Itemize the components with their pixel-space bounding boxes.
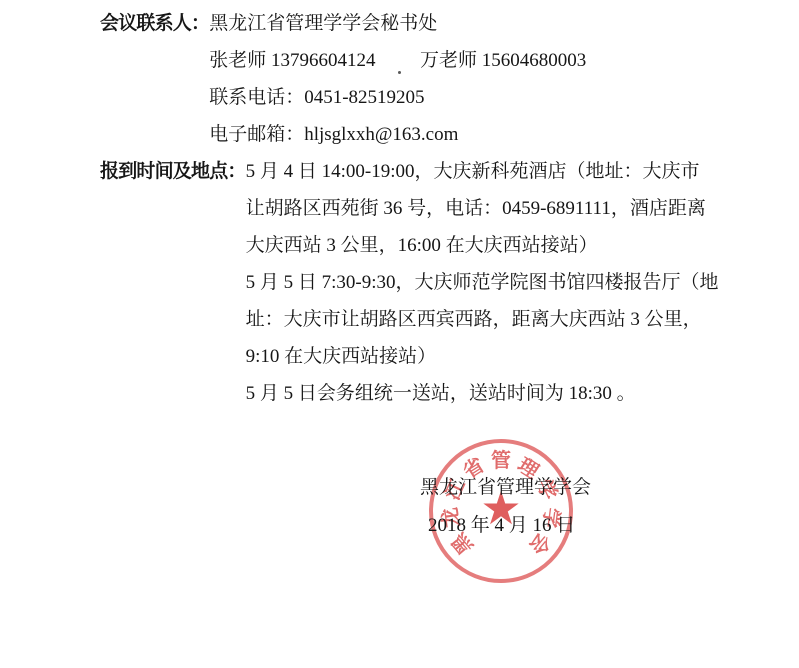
signature-org: 黑龙江省管理学学会 — [420, 477, 591, 499]
contact-section: 会议联系人： 黑龙江省管理学学会秘书处 张老师 13796604124 万老师 … — [100, 5, 760, 153]
registration-line-2: 让胡路区西苑街 36 号，电话：0459-6891111，酒店距离 — [246, 190, 719, 227]
contact-email: 电子邮箱：hljsglxxh@163.com — [209, 116, 586, 153]
registration-line-4: 5 月 5 日 7:30-9:30，大庆师范学院图书馆四楼报告厅（地 — [246, 264, 719, 301]
contact-secretariat: 黑龙江省管理学学会秘书处 — [209, 5, 586, 42]
scan-artifact-dot — [398, 71, 401, 74]
registration-line-5: 址：大庆市让胡路区西宾西路，距离大庆西站 3 公里， — [246, 301, 719, 338]
seal-char: 管 — [489, 449, 513, 473]
signature-date: 2018 年 4 月 16 日 — [428, 515, 575, 537]
contact-label: 会议联系人： — [100, 5, 209, 42]
registration-section: 报到时间及地点： 5 月 4 日 14:00-19:00，大庆新科苑酒店（地址：… — [100, 153, 760, 412]
document-page: 会议联系人： 黑龙江省管理学学会秘书处 张老师 13796604124 万老师 … — [0, 0, 799, 668]
registration-line-1: 5 月 4 日 14:00-19:00，大庆新科苑酒店（地址：大庆市 — [246, 153, 719, 190]
contact-content: 黑龙江省管理学学会秘书处 张老师 13796604124 万老师 1560468… — [209, 5, 586, 153]
official-seal: 黑 龙 江 省 管 理 学 学 会 ★ — [429, 439, 573, 583]
registration-label: 报到时间及地点： — [100, 153, 246, 190]
contact-teacher-wan: 万老师 15604680003 — [420, 50, 586, 71]
registration-line-6: 9:10 在大庆西站接站） — [246, 338, 719, 375]
registration-line-7: 5 月 5 日会务组统一送站，送站时间为 18:30 。 — [246, 375, 719, 412]
registration-line-3: 大庆西站 3 公里，16:00 在大庆西站接站） — [246, 227, 719, 264]
document-body: 会议联系人： 黑龙江省管理学学会秘书处 张老师 13796604124 万老师 … — [100, 5, 760, 412]
registration-content: 5 月 4 日 14:00-19:00，大庆新科苑酒店（地址：大庆市 让胡路区西… — [246, 153, 719, 412]
contact-phone: 联系电话：0451-82519205 — [209, 79, 586, 116]
contact-teacher-zhang: 张老师 13796604124 — [209, 50, 375, 71]
